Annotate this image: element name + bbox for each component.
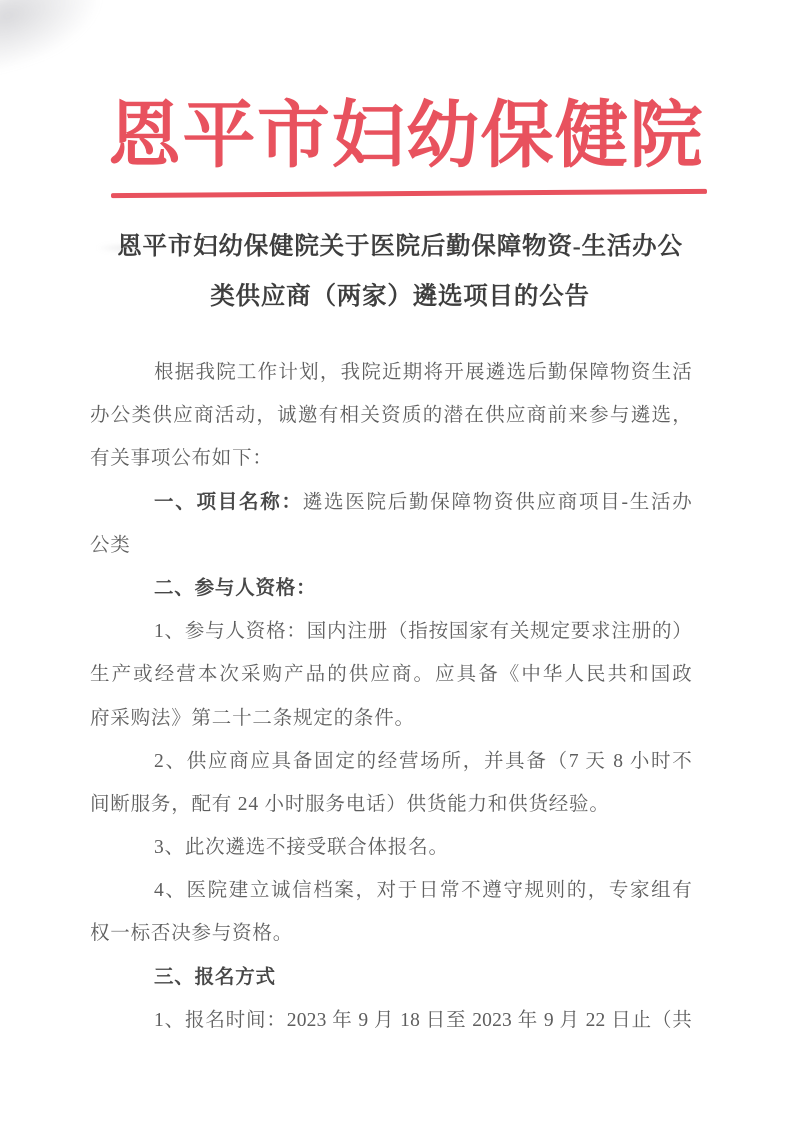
document-body: 根据我院工作计划，我院近期将开展遴选后勤保障物资生活办公类供应商活动，诚邀有相关… [90, 351, 692, 1042]
body-line: 3、此次遴选不接受联合体报名。 [90, 826, 692, 869]
body-line: 根据我院工作计划，我院近期将开展遴选后勤保障物资生活 [90, 351, 692, 394]
body-line: 间断服务，配有 24 小时服务电话）供货能力和供货经验。 [90, 783, 692, 826]
bold-text: 二、参与人资格： [154, 578, 316, 599]
scanned-document-page: 恩平市妇幼保健院 恩平市妇幼保健院关于医院后勤保障物资-生活办公 类供应商（两家… [0, 0, 790, 1123]
body-text: 1、报名时间：2023 年 9 月 18 日至 2023 年 9 月 22 日止… [154, 1010, 692, 1031]
body-line: 2、供应商应具备固定的经营场所，并具备（7 天 8 小时不 [90, 740, 692, 783]
body-text: 权一标否决参与资格。 [90, 923, 293, 944]
body-line: 1、参与人资格：国内注册（指按国家有关规定要求注册的） [90, 610, 692, 653]
body-line: 一、项目名称：遴选医院后勤保障物资供应商项目-生活办 [90, 481, 692, 524]
document-title-line1: 恩平市妇幼保健院关于医院后勤保障物资-生活办公 [117, 233, 683, 260]
body-line: 办公类供应商活动，诚邀有相关资质的潜在供应商前来参与遴选， [90, 394, 692, 437]
body-line: 4、医院建立诚信档案，对于日常不遵守规则的，专家组有 [90, 869, 692, 912]
body-line: 权一标否决参与资格。 [90, 912, 692, 955]
body-line: 公类 [90, 524, 692, 567]
body-text: 遴选医院后勤保障物资供应商项目-生活办 [303, 492, 692, 513]
body-text: 2、供应商应具备固定的经营场所，并具备（7 天 8 小时不 [154, 751, 692, 772]
body-text: 生产或经营本次采购产品的供应商。应具备《中华人民共和国政 [90, 664, 692, 685]
bold-text: 三、报名方式 [154, 967, 276, 988]
scan-artifact-smudge [0, 0, 110, 74]
body-text: 府采购法》第二十二条规定的条件。 [90, 708, 415, 729]
body-text: 间断服务，配有 24 小时服务电话）供货能力和供货经验。 [90, 794, 610, 815]
body-text: 4、医院建立诚信档案，对于日常不遵守规则的，专家组有 [154, 880, 692, 901]
document-title: 恩平市妇幼保健院关于医院后勤保障物资-生活办公 类供应商（两家）遴选项目的公告 [10, 222, 790, 321]
letterhead-underline [111, 189, 707, 198]
body-text: 公类 [90, 535, 131, 556]
bold-text: 一、项目名称： [154, 492, 303, 513]
body-line: 1、报名时间：2023 年 9 月 18 日至 2023 年 9 月 22 日止… [90, 999, 692, 1042]
body-line: 有关事项公布如下： [90, 437, 692, 480]
letterhead-title: 恩平市妇幼保健院 [11, 84, 790, 188]
body-line: 二、参与人资格： [90, 567, 692, 610]
body-text: 办公类供应商活动，诚邀有相关资质的潜在供应商前来参与遴选， [90, 405, 692, 426]
body-text: 3、此次遴选不接受联合体报名。 [154, 837, 449, 858]
body-line: 府采购法》第二十二条规定的条件。 [90, 697, 692, 740]
body-text: 1、参与人资格：国内注册（指按国家有关规定要求注册的） [154, 621, 692, 642]
body-line: 三、报名方式 [90, 956, 692, 999]
body-text: 有关事项公布如下： [90, 448, 273, 469]
body-line: 生产或经营本次采购产品的供应商。应具备《中华人民共和国政 [90, 653, 692, 696]
body-text: 根据我院工作计划，我院近期将开展遴选后勤保障物资生活 [154, 362, 692, 383]
document-title-line2: 类供应商（两家）遴选项目的公告 [210, 283, 590, 310]
